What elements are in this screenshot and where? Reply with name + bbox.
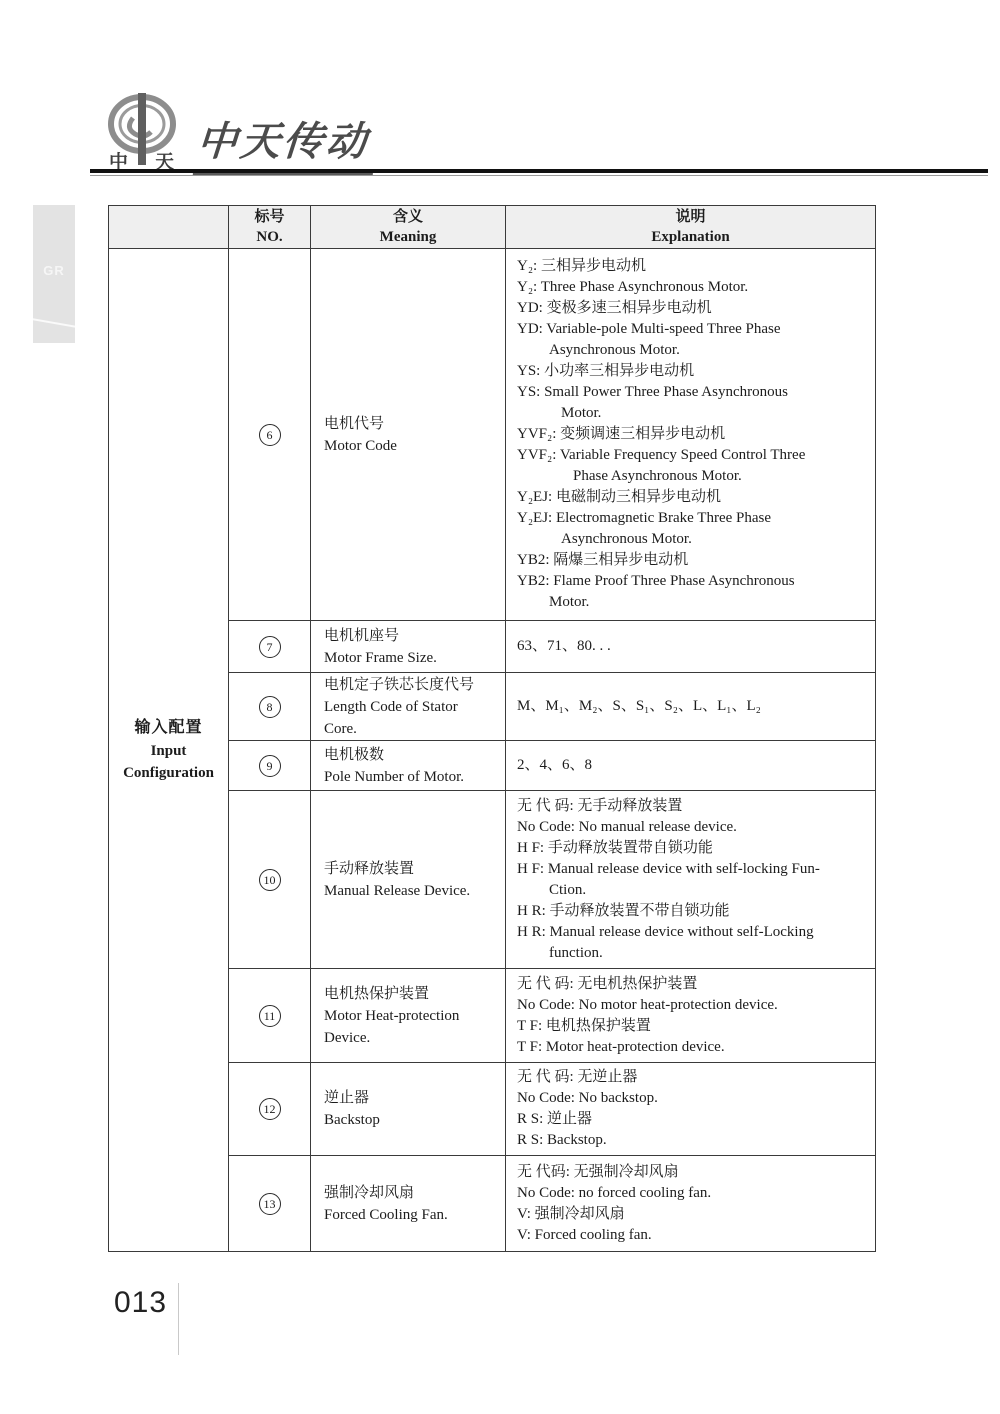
meaning-text-cn: 电机机座号 (324, 625, 497, 647)
explanation-line: H R: Manual release device without self-… (517, 922, 867, 943)
explanation-line: 无 代 码: 无电机热保护装置 (517, 974, 867, 995)
explanation-line: R S: Backstop. (517, 1130, 867, 1151)
explanation-line: T F: 电机热保护装置 (517, 1016, 867, 1037)
header-rule-thin (90, 175, 988, 176)
row-no-badge: 13 (229, 1156, 311, 1251)
explanation-cell-motor-frame-size: 63、71、80. . . (506, 621, 875, 673)
explanation-cell-stator-core-length: M、M₁、M₂、S、S₁、S₂、L、L₁、L₂ (506, 673, 875, 741)
side-tab-slash (33, 317, 75, 331)
brand-emblem-icon: 中 天 (103, 92, 181, 174)
meaning-text-cn: 逆止器 (324, 1087, 497, 1109)
row-no-badge: 8 (229, 673, 311, 741)
side-tab: GR (33, 205, 75, 343)
explanation-line: Phase Asynchronous Motor. (517, 466, 867, 487)
explanation-line: R S: 逆止器 (517, 1109, 867, 1130)
explanation-line: YD: Variable-pole Multi-speed Three Phas… (517, 319, 867, 340)
meaning-text-cn: 电机极数 (324, 744, 497, 766)
meaning-text-en: Backstop (324, 1109, 497, 1131)
meaning-cell-manual-release: 手动释放装置 Manual Release Device. (311, 791, 506, 969)
explanation-line: No Code: No manual release device. (517, 817, 867, 838)
side-tab-label: GR (33, 263, 75, 278)
explanation-line: No Code: no forced cooling fan. (517, 1183, 867, 1204)
explanation-line: Motor. (517, 592, 867, 613)
explanation-line: YB2: 隔爆三相异步电动机 (517, 550, 867, 571)
explanation-line: Y₂: 三相异步电动机 (517, 256, 867, 277)
meaning-text-en: Motor Code (324, 435, 497, 457)
meaning-text-en: Motor Heat-protection (324, 1005, 497, 1027)
explanation-line: YVF₂: 变频调速三相异步电动机 (517, 424, 867, 445)
explanation-line: YD: 变极多速三相异步电动机 (517, 298, 867, 319)
meaning-text-en: Forced Cooling Fan. (324, 1204, 497, 1226)
meaning-text-en: Motor Frame Size. (324, 647, 497, 669)
meaning-text-en: Manual Release Device. (324, 880, 497, 902)
explanation-line: YB2: Flame Proof Three Phase Asynchronou… (517, 571, 867, 592)
row-no-badge: 12 (229, 1063, 311, 1156)
explanation-cell-heat-protection: 无 代 码: 无电机热保护装置 No Code: No motor heat-p… (506, 969, 875, 1063)
header-rule-thick (90, 169, 988, 173)
explanation-line: No Code: No backstop. (517, 1088, 867, 1109)
explanation-line: Y₂EJ: 电磁制动三相异步电动机 (517, 487, 867, 508)
explanation-line: M、M₁、M₂、S、S₁、S₂、L、L₁、L₂ (517, 696, 867, 717)
explanation-cell-manual-release: 无 代 码: 无手动释放装置 No Code: No manual releas… (506, 791, 875, 969)
meaning-text-en: Length Code of Stator (324, 696, 497, 718)
header-rule (90, 169, 988, 176)
explanation-line: Motor. (517, 403, 867, 424)
page-number: 013 (114, 1286, 167, 1320)
spec-table: 标号 NO. 含义 Meaning 说明 Explanation 输入配置 In… (108, 205, 876, 1252)
page-number-divider (178, 1283, 179, 1355)
explanation-line: H F: 手动释放装置带自锁功能 (517, 838, 867, 859)
explanation-line: 无 代码: 无强制冷却风扇 (517, 1162, 867, 1183)
row-no-badge: 6 (229, 249, 311, 621)
meaning-cell-stator-core-length: 电机定子铁芯长度代号 Length Code of Stator Core. (311, 673, 506, 741)
col-header-group (109, 206, 229, 249)
brand-name: 中天传动 (193, 110, 378, 176)
explanation-line: 2、4、6、8 (517, 755, 867, 776)
explanation-line: T F: Motor heat-protection device. (517, 1037, 867, 1058)
meaning-text-en: Pole Number of Motor. (324, 766, 497, 788)
meaning-text-cn: 手动释放装置 (324, 858, 497, 880)
meaning-cell-pole-number: 电机极数 Pole Number of Motor. (311, 741, 506, 791)
explanation-line: Asynchronous Motor. (517, 340, 867, 361)
meaning-text-cn: 强制冷却风扇 (324, 1182, 497, 1204)
explanation-line: V: 强制冷却风扇 (517, 1204, 867, 1225)
row-no-badge: 7 (229, 621, 311, 673)
explanation-line: H F: Manual release device with self-loc… (517, 859, 867, 880)
explanation-line: Y₂EJ: Electromagnetic Brake Three Phase (517, 508, 867, 529)
explanation-cell-motor-code: Y₂: 三相异步电动机 Y₂: Three Phase Asynchronous… (506, 249, 875, 621)
meaning-text-cn: 电机定子铁芯长度代号 (324, 674, 497, 696)
explanation-line: No Code: No motor heat-protection device… (517, 995, 867, 1016)
explanation-line: 63、71、80. . . (517, 636, 867, 657)
explanation-line: Asynchronous Motor. (517, 529, 867, 550)
explanation-line: H R: 手动释放装置不带自锁功能 (517, 901, 867, 922)
meaning-cell-motor-code: 电机代号 Motor Code (311, 249, 506, 621)
row-no-badge: 9 (229, 741, 311, 791)
explanation-cell-backstop: 无 代 码: 无逆止器 No Code: No backstop. R S: 逆… (506, 1063, 875, 1156)
col-header-explanation: 说明 Explanation (506, 206, 875, 249)
meaning-cell-cooling-fan: 强制冷却风扇 Forced Cooling Fan. (311, 1156, 506, 1251)
col-header-meaning: 含义 Meaning (311, 206, 506, 249)
col-header-no: 标号 NO. (229, 206, 311, 249)
explanation-line: function. (517, 943, 867, 964)
explanation-cell-cooling-fan: 无 代码: 无强制冷却风扇 No Code: no forced cooling… (506, 1156, 875, 1251)
explanation-cell-pole-number: 2、4、6、8 (506, 741, 875, 791)
meaning-text-cn: 电机热保护装置 (324, 983, 497, 1005)
meaning-text-en: Core. (324, 718, 497, 740)
explanation-line: YS: Small Power Three Phase Asynchronous (517, 382, 867, 403)
meaning-text-cn: 电机代号 (324, 413, 497, 435)
group-cell-input-configuration: 输入配置 Input Configuration (109, 249, 229, 1251)
explanation-line: 无 代 码: 无逆止器 (517, 1067, 867, 1088)
row-no-badge: 11 (229, 969, 311, 1063)
explanation-line: YVF₂: Variable Frequency Speed Control T… (517, 445, 867, 466)
meaning-cell-backstop: 逆止器 Backstop (311, 1063, 506, 1156)
explanation-line: Ction. (517, 880, 867, 901)
brand-logo: 中 天 中天传动 (103, 92, 375, 176)
meaning-cell-motor-frame-size: 电机机座号 Motor Frame Size. (311, 621, 506, 673)
explanation-line: V: Forced cooling fan. (517, 1225, 867, 1246)
meaning-cell-heat-protection: 电机热保护装置 Motor Heat-protection Device. (311, 969, 506, 1063)
explanation-line: Y₂: Three Phase Asynchronous Motor. (517, 277, 867, 298)
explanation-line: 无 代 码: 无手动释放装置 (517, 796, 867, 817)
explanation-line: YS: 小功率三相异步电动机 (517, 361, 867, 382)
row-no-badge: 10 (229, 791, 311, 969)
meaning-text-en: Device. (324, 1027, 497, 1049)
